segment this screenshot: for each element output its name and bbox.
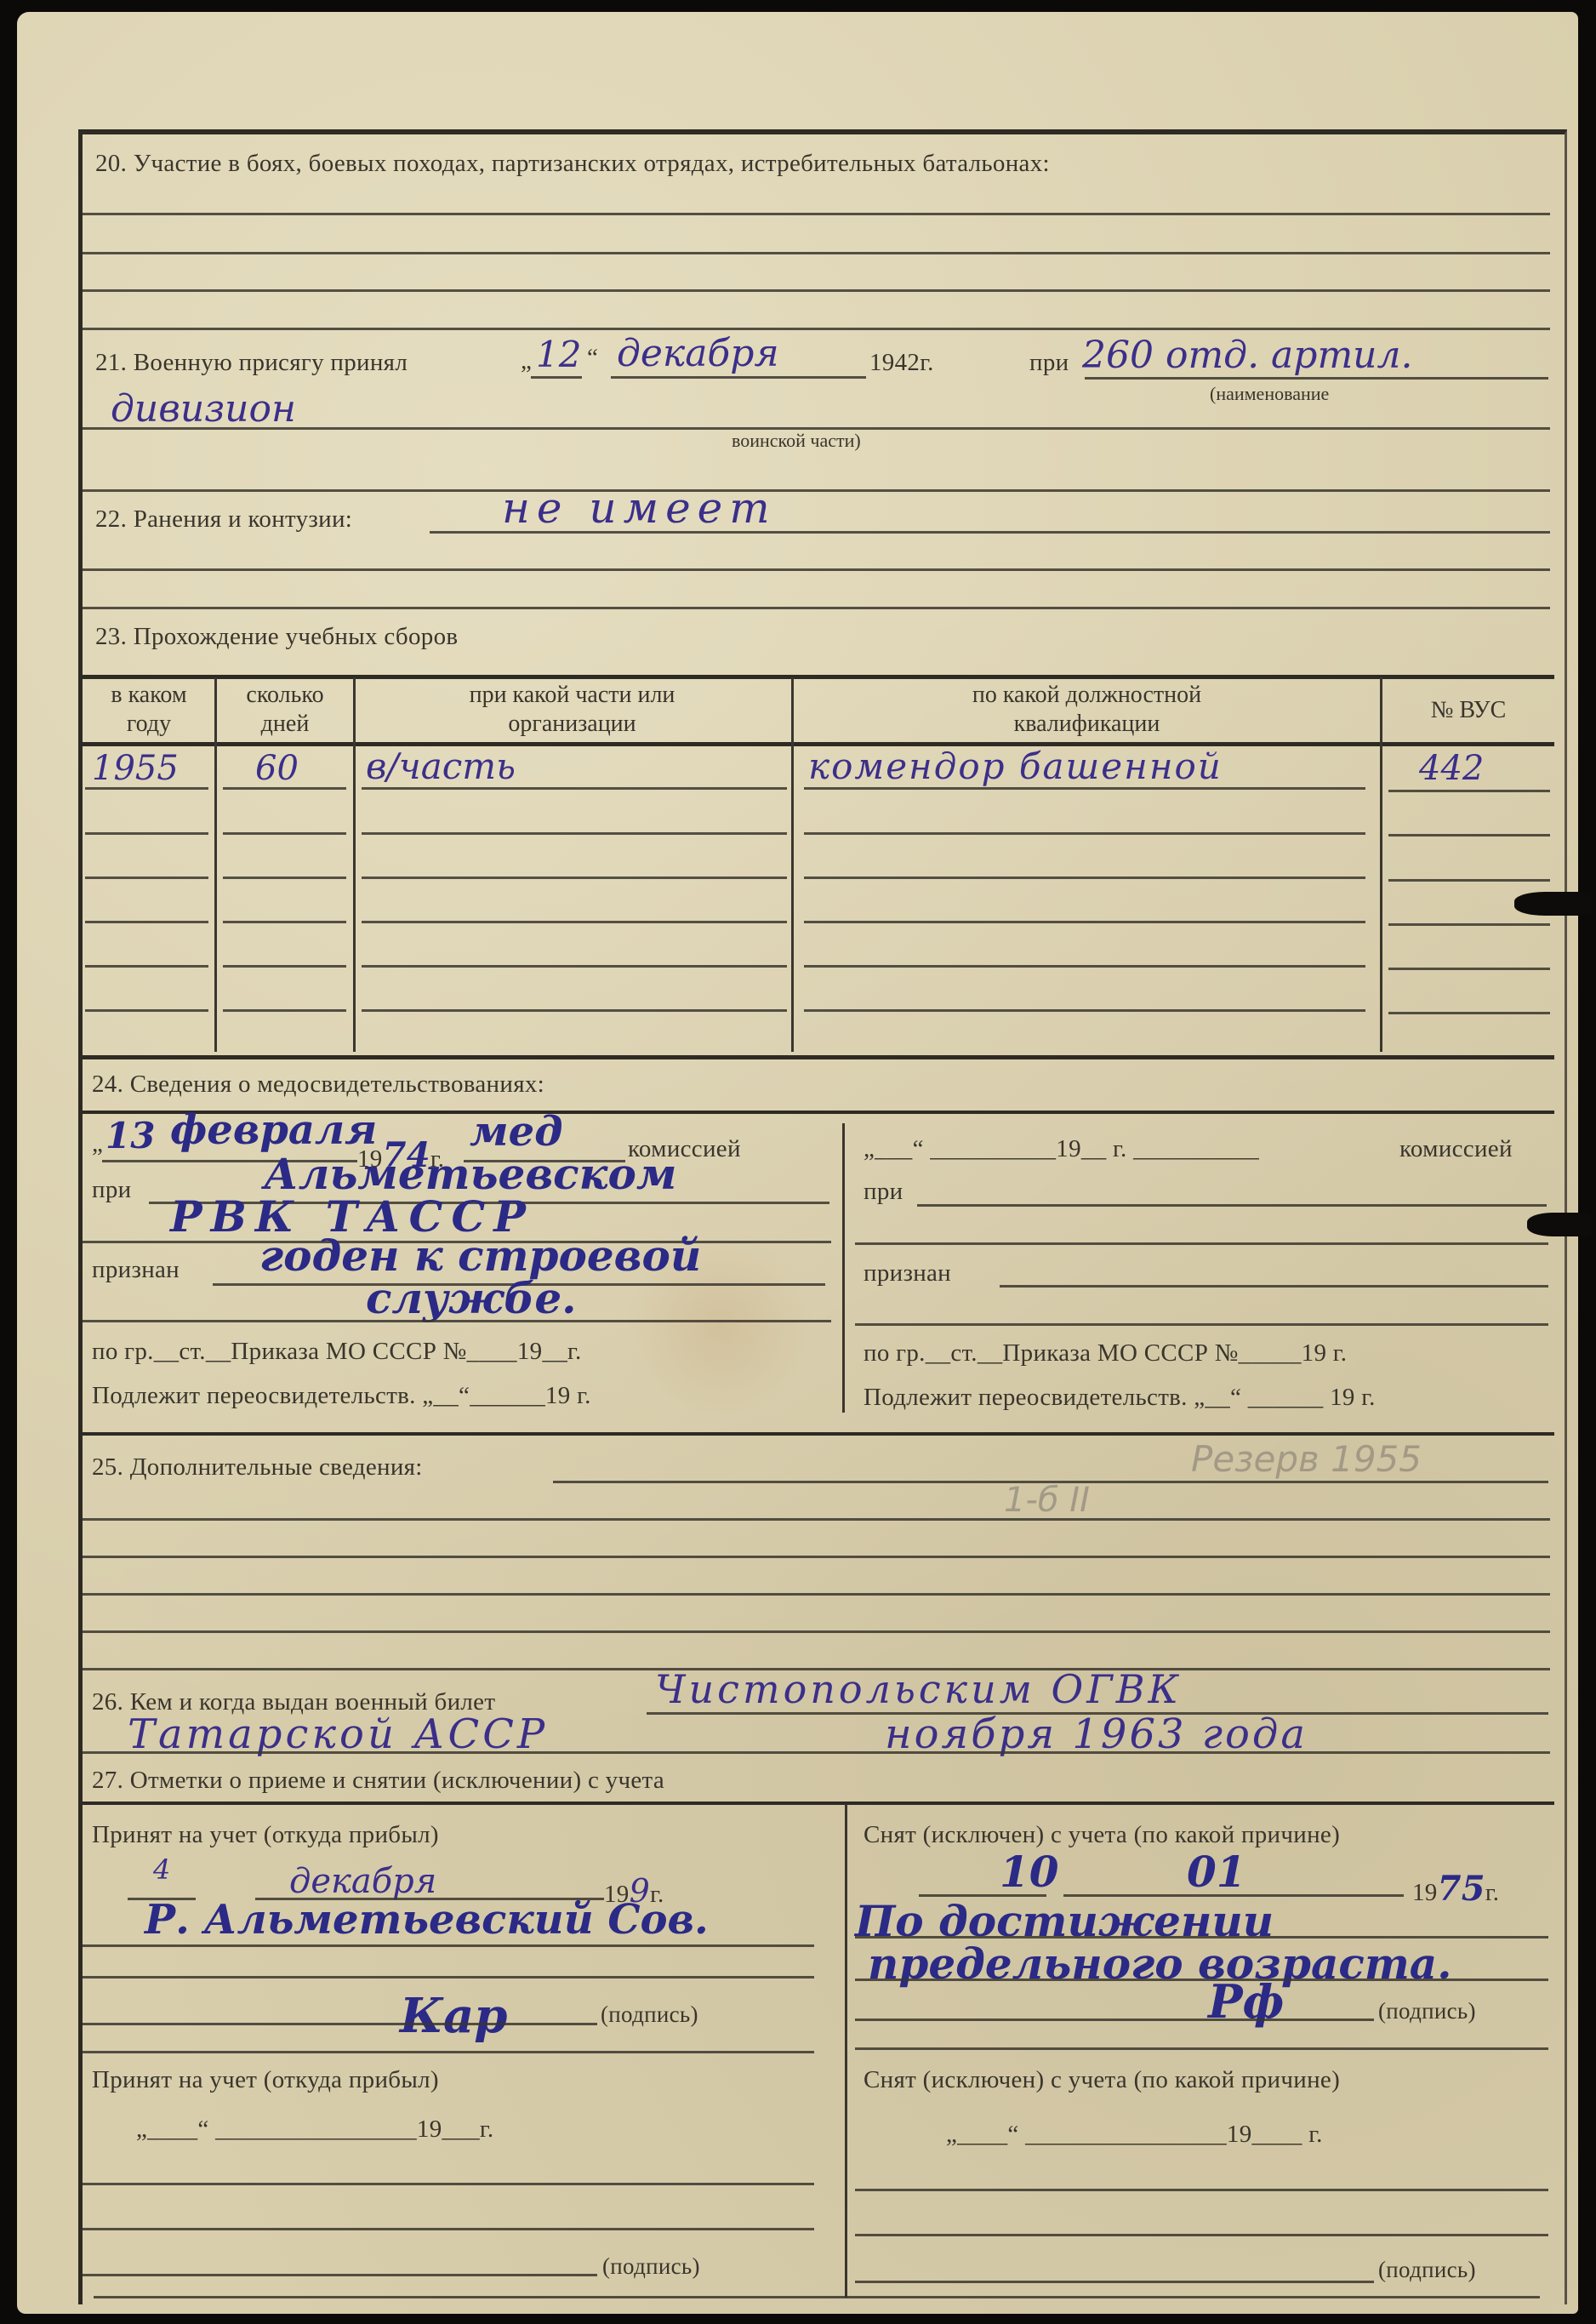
med-right-date[interactable]: „___“ __________19__ г. __________ — [864, 1135, 1259, 1163]
med-right-recheck: Подлежит переосвидетельств. „__“ ______ … — [864, 1384, 1376, 1412]
training-row-1-days[interactable]: 60 — [255, 749, 299, 788]
accepted-1-sign-caption: (подпись) — [601, 2001, 698, 2028]
col-divider-1 — [214, 677, 217, 1052]
s25-line-2 — [83, 1518, 1550, 1521]
removed-2-sign-line — [855, 2281, 1374, 2283]
removed-1-year: 1975г. — [1412, 1869, 1499, 1909]
col-divider-3 — [791, 677, 794, 1052]
removed-1-sign-line — [855, 2019, 1374, 2021]
removed-2-date[interactable]: „____“ ________________19____ г. — [946, 2121, 1323, 2149]
medical-bottom-border — [83, 1432, 1554, 1436]
accepted-1-line-2 — [83, 1976, 814, 1979]
registration-divider — [845, 1804, 847, 2298]
med-right-at-label: при — [864, 1178, 903, 1206]
wounds-value[interactable]: не имеет — [502, 483, 777, 533]
s25-line-1 — [553, 1481, 1548, 1483]
s20-line-4 — [83, 328, 1550, 330]
table-bottom-border — [83, 1055, 1554, 1059]
med-left-day[interactable]: 13 — [105, 1115, 155, 1156]
col-divider-2 — [353, 677, 356, 1052]
med-left-recheck: Подлежит переосвидетельств. „__“______19… — [92, 1382, 591, 1410]
accepted-1-title: Принят на учет (откуда прибыл) — [92, 1821, 439, 1849]
removed-2-line-2 — [855, 2234, 1548, 2236]
s22-line-2 — [83, 568, 1550, 571]
med-left-month[interactable]: февраля — [170, 1106, 377, 1154]
oath-quote-close: “ — [587, 344, 598, 372]
medical-divider — [842, 1123, 845, 1413]
accepted-1-day[interactable]: 4 — [153, 1853, 170, 1886]
med-right-order: по гр.__ст.__Приказа МО СССР №_____19 г. — [864, 1339, 1347, 1368]
s20-line-2 — [83, 252, 1550, 254]
section-21-label: 21. Военную присягу принял — [95, 349, 408, 377]
accepted-1-line-1 — [83, 1944, 814, 1947]
col-header-days: сколькодней — [218, 681, 352, 739]
med-right-recognized-line-2 — [855, 1323, 1548, 1326]
accepted-2-sign-caption: (подпись) — [602, 2253, 700, 2280]
training-row-1-year[interactable]: 1955 — [92, 749, 179, 788]
med-right-recognized-line-1 — [1000, 1285, 1548, 1288]
removed-1-line-end — [855, 2047, 1548, 2050]
oath-day-line — [531, 376, 582, 379]
extra-info-pencil-note-2: 1-б II — [1004, 1481, 1090, 1520]
oath-year: 1942г. — [869, 349, 934, 377]
med-left-at-label: при — [92, 1176, 131, 1204]
med-right-at-line-2 — [855, 1242, 1548, 1245]
col-header-vus: № ВУС — [1383, 696, 1553, 725]
accepted-2-sign-line — [83, 2274, 597, 2276]
s22-line-3 — [83, 607, 1550, 609]
med-left-recognized-2[interactable]: службе. — [366, 1273, 577, 1323]
oath-year-prefix: 194 — [869, 349, 907, 376]
training-row-1-vus[interactable]: 442 — [1419, 749, 1484, 788]
section-27-label: 27. Отметки о приеме и снятии (исключени… — [92, 1767, 664, 1795]
extra-info-pencil-note-1: Резерв 1955 — [1191, 1438, 1422, 1480]
oath-unit-line — [1085, 377, 1548, 380]
col-header-unit: при какой части илиорганизации — [357, 681, 787, 739]
section-22-label: 22. Ранения и контузии: — [95, 505, 352, 534]
removed-1-day[interactable]: 10 — [1000, 1847, 1059, 1897]
med-left-quote: „ — [92, 1130, 103, 1158]
registration-top-border — [83, 1802, 1554, 1805]
accepted-2-line-2 — [83, 2228, 814, 2230]
oath-year-suffix[interactable]: 2 — [907, 349, 920, 376]
accepted-1-sign-line — [83, 2023, 597, 2025]
section-20-label: 20. Участие в боях, боевых походах, парт… — [95, 150, 1050, 178]
binding-clip-bottom — [1527, 1213, 1591, 1236]
s25-line-3 — [83, 1556, 1550, 1558]
training-row-1-qualification[interactable]: комендор башенной — [808, 745, 1223, 787]
removed-1-year-suffix[interactable]: 75 — [1438, 1869, 1485, 1909]
section-25-label: 25. Дополнительные сведения: — [92, 1453, 423, 1482]
removed-1-line-2 — [855, 1979, 1548, 1981]
oath-day[interactable]: 12 — [536, 334, 581, 375]
med-right-commission-label: комиссией — [1399, 1135, 1513, 1163]
oath-at-label: при — [1029, 349, 1069, 377]
removed-1-reason-2[interactable]: предельного возраста. — [868, 1939, 1452, 1989]
oath-caption-bottom: воинской части) — [732, 430, 861, 452]
oath-year-unit: г. — [920, 349, 933, 376]
s26-line-2 — [83, 1751, 1550, 1754]
page-bottom-line — [94, 2296, 1540, 2298]
s25-line-5 — [83, 1630, 1550, 1633]
oath-unit-line1[interactable]: 260 отд. артил. — [1082, 334, 1413, 377]
removed-1-sign-caption: (подпись) — [1378, 1998, 1476, 2024]
accepted-2-date[interactable]: „____“ ________________19___г. — [136, 2116, 493, 2144]
accepted-1-line-end — [83, 2051, 814, 2053]
accepted-2-line-1 — [83, 2183, 814, 2185]
med-left-order: по гр.__ст.__Приказа МО СССР №____19__г. — [92, 1338, 582, 1366]
binding-clip-top — [1514, 892, 1591, 916]
s21-line-end — [83, 489, 1550, 492]
col-header-qualification: по какой должностнойквалификации — [795, 681, 1378, 739]
med-left-recognized-label: признан — [92, 1256, 180, 1284]
oath-month-line — [611, 376, 866, 379]
oath-caption-top: (наименование — [1210, 383, 1329, 405]
removed-2-title: Снят (исключен) с учета (по какой причин… — [864, 2066, 1340, 2094]
oath-month[interactable]: декабря — [617, 332, 779, 375]
s25-line-4 — [83, 1593, 1550, 1596]
accepted-1-from[interactable]: Р. Альметьевский Сов. — [145, 1896, 709, 1944]
ticket-issuer-line1[interactable]: Чистопольским ОГВК — [655, 1666, 1182, 1712]
med-right-at-line-1 — [917, 1204, 1547, 1207]
med-left-recognized-line-2 — [83, 1320, 831, 1322]
col-header-year: в какомгоду — [85, 681, 213, 739]
accepted-1-signature: Кар — [400, 1988, 507, 2044]
med-right-recognized-label: признан — [864, 1259, 951, 1288]
removed-2-sign-caption: (подпись) — [1378, 2257, 1476, 2283]
removed-1-title: Снят (исключен) с учета (по какой причин… — [864, 1821, 1340, 1849]
section-23-label: 23. Прохождение учебных сборов — [95, 623, 458, 651]
s22-line-1 — [430, 531, 1550, 534]
accepted-2-title: Принят на учет (откуда прибыл) — [92, 2066, 439, 2094]
removed-2-line-1 — [855, 2189, 1548, 2191]
section-24-label: 24. Сведения о медосвидетельствованиях: — [92, 1071, 544, 1099]
table-top-border — [83, 675, 1554, 679]
oath-quote-open: „ — [521, 347, 532, 375]
col-divider-4 — [1380, 677, 1382, 1052]
oath-unit-line2[interactable]: дивизион — [111, 387, 296, 431]
removed-1-month[interactable]: 01 — [1187, 1847, 1246, 1897]
s20-line-3 — [83, 289, 1550, 292]
training-row-1-unit[interactable]: в/часть — [366, 745, 516, 787]
s20-line-1 — [83, 213, 1550, 215]
